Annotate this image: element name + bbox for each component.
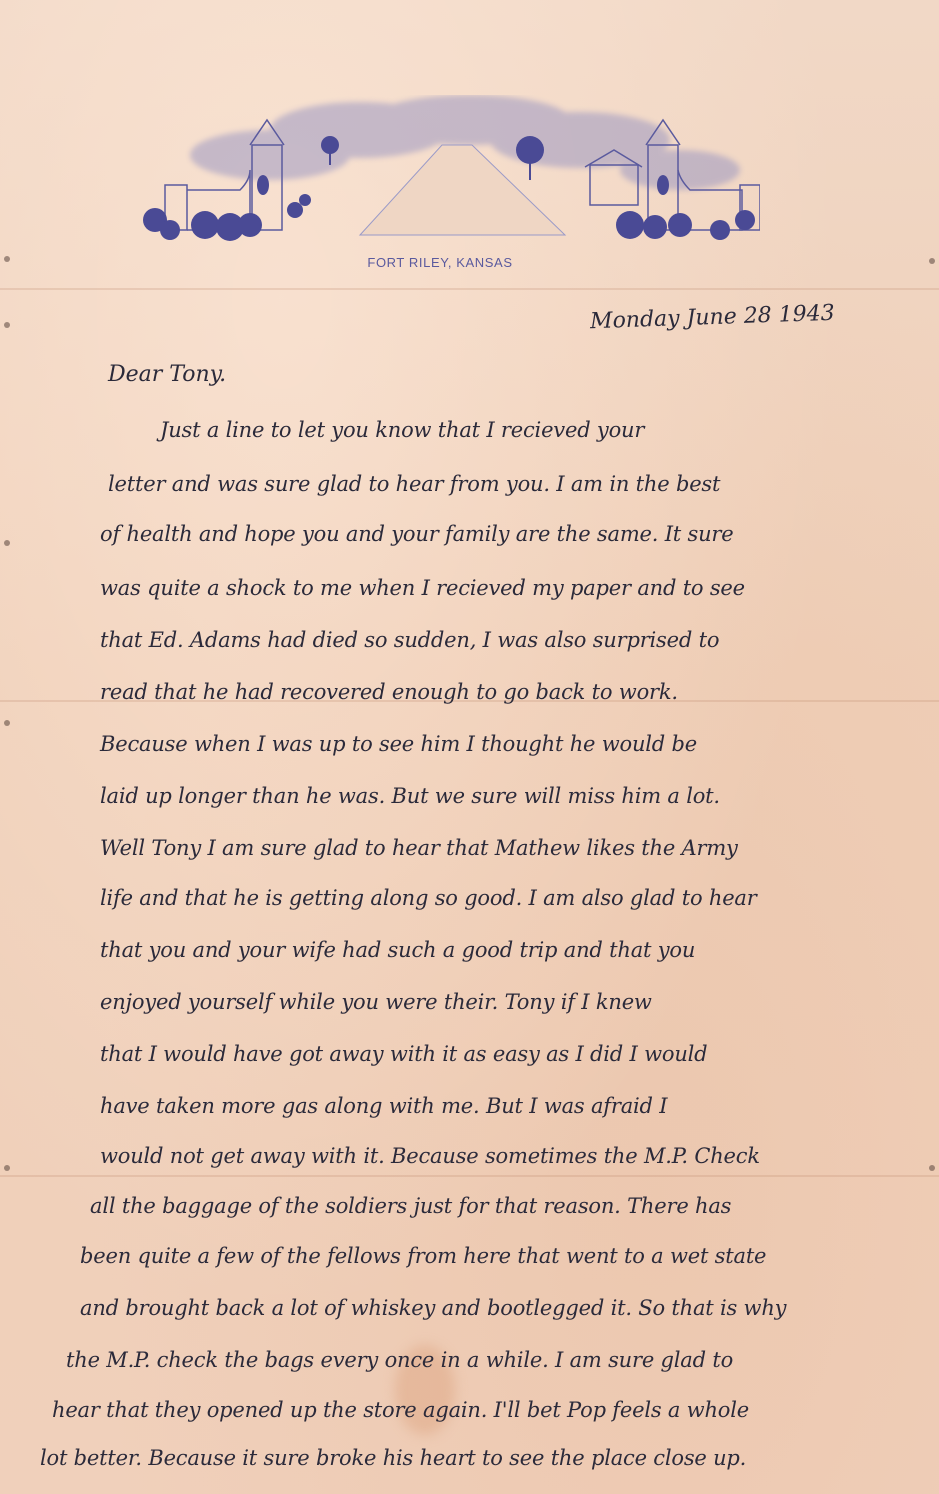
- letter-line: life and that he is getting along so goo…: [100, 886, 757, 910]
- letter-line: was quite a shock to me when I recieved …: [100, 576, 745, 600]
- letter-line: been quite a few of the fellows from her…: [80, 1244, 766, 1268]
- letter-line: of health and hope you and your family a…: [100, 522, 733, 546]
- letter-line: that you and your wife had such a good t…: [100, 938, 695, 962]
- letter-line: that Ed. Adams had died so sudden, I was…: [100, 628, 719, 652]
- letter-line: letter and was sure glad to hear from yo…: [108, 472, 720, 496]
- letter-line: Just a line to let you know that I recie…: [160, 418, 644, 442]
- letter-line: would not get away with it. Because some…: [100, 1144, 760, 1168]
- letter-body: Just a line to let you know that I recie…: [0, 0, 939, 1494]
- letter-line: Well Tony I am sure glad to hear that Ma…: [100, 836, 738, 860]
- letter-page: FORT RILEY, KANSAS Monday June 28 1943 D…: [0, 0, 939, 1494]
- letter-line: the M.P. check the bags every once in a …: [66, 1348, 733, 1372]
- letter-line: enjoyed yourself while you were their. T…: [100, 990, 652, 1014]
- letter-line: lot better. Because it sure broke his he…: [40, 1446, 746, 1470]
- letter-line: hear that they opened up the store again…: [52, 1398, 749, 1422]
- letter-line: that I would have got away with it as ea…: [100, 1042, 707, 1066]
- letter-line: and brought back a lot of whiskey and bo…: [80, 1296, 786, 1320]
- letter-line: Because when I was up to see him I thoug…: [100, 732, 697, 756]
- letter-line: laid up longer than he was. But we sure …: [100, 784, 720, 808]
- letter-line: read that he had recovered enough to go …: [100, 680, 678, 704]
- letter-line: have taken more gas along with me. But I…: [100, 1094, 667, 1118]
- letter-line: all the baggage of the soldiers just for…: [90, 1194, 731, 1218]
